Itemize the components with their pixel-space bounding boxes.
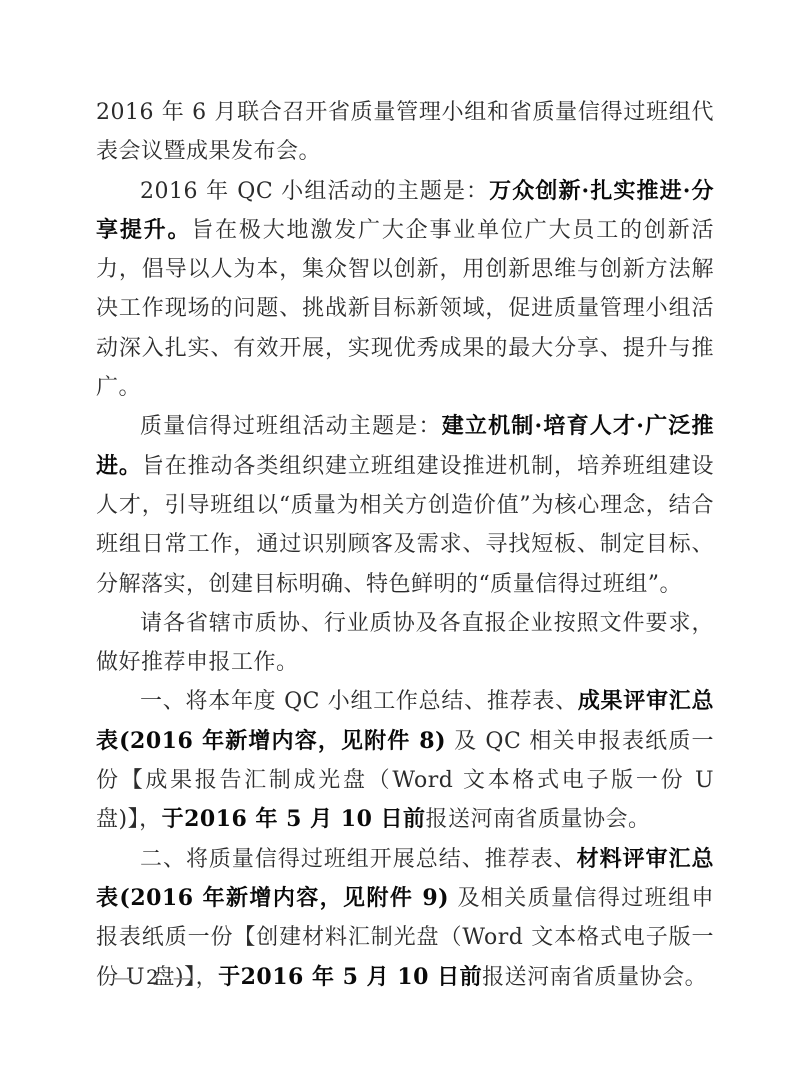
footer-dash-right: — bbox=[173, 965, 193, 989]
text-run: 质量信得过班组活动主题是： bbox=[140, 414, 442, 439]
paragraph-item-1-qc-submission: 一、将本年度 QC 小组工作总结、推荐表、成果评审汇总表(2016 年新增内容，… bbox=[96, 682, 714, 839]
text-run: 旨在推动各类组织建立班组建设推进机制，培养班组建设人才，引导班组以“质量为相关方… bbox=[96, 454, 714, 597]
document-page: 2016 年 6 月联合召开省质量管理小组和省质量信得过班组代表会议暨成果发布会… bbox=[0, 0, 786, 1071]
text-run: 2016 年 6 月联合召开省质量管理小组和省质量信得过班组代表会议暨成果发布会… bbox=[96, 100, 714, 164]
text-run: 旨在极大地激发广大企事业单位广大员工的创新活力，倡导以人为本，集众智以创新，用创… bbox=[96, 218, 714, 400]
text-run: 请各省辖市质协、行业质协及各直报企业按照文件要求，做好推荐申报工作。 bbox=[96, 611, 714, 675]
text-run: 二、将质量信得过班组开展总结、推荐表、 bbox=[140, 847, 577, 872]
page-footer: —2— bbox=[112, 963, 193, 991]
text-run: 报送河南省质量协会。 bbox=[482, 965, 707, 990]
text-run: 一、将本年度 QC 小组工作总结、推荐表、 bbox=[140, 689, 578, 714]
paragraph-request-recommendation: 请各省辖市质协、行业质协及各直报企业按照文件要求，做好推荐申报工作。 bbox=[96, 604, 714, 683]
page-number: 2 bbox=[146, 963, 159, 991]
paragraph-qc-theme: 2016 年 QC 小组活动的主题是：万众创新·扎实推进·分享提升。旨在极大地激… bbox=[96, 172, 714, 408]
text-run-bold: 于2016 年 5 月 10 日前 bbox=[162, 806, 426, 832]
text-run: 报送河南省质量协会。 bbox=[426, 807, 651, 832]
text-run: 2016 年 QC 小组活动的主题是： bbox=[140, 179, 489, 204]
paragraph-trustworthy-team-theme: 质量信得过班组活动主题是：建立机制·培育人才·广泛推进。旨在推动各类组织建立班组… bbox=[96, 407, 714, 603]
footer-dash-left: — bbox=[112, 965, 132, 989]
paragraph-meeting-announcement: 2016 年 6 月联合召开省质量管理小组和省质量信得过班组代表会议暨成果发布会… bbox=[96, 93, 714, 172]
document-body: 2016 年 6 月联合召开省质量管理小组和省质量信得过班组代表会议暨成果发布会… bbox=[96, 93, 714, 997]
text-run-bold: 于2016 年 5 月 10 日前 bbox=[218, 964, 482, 990]
